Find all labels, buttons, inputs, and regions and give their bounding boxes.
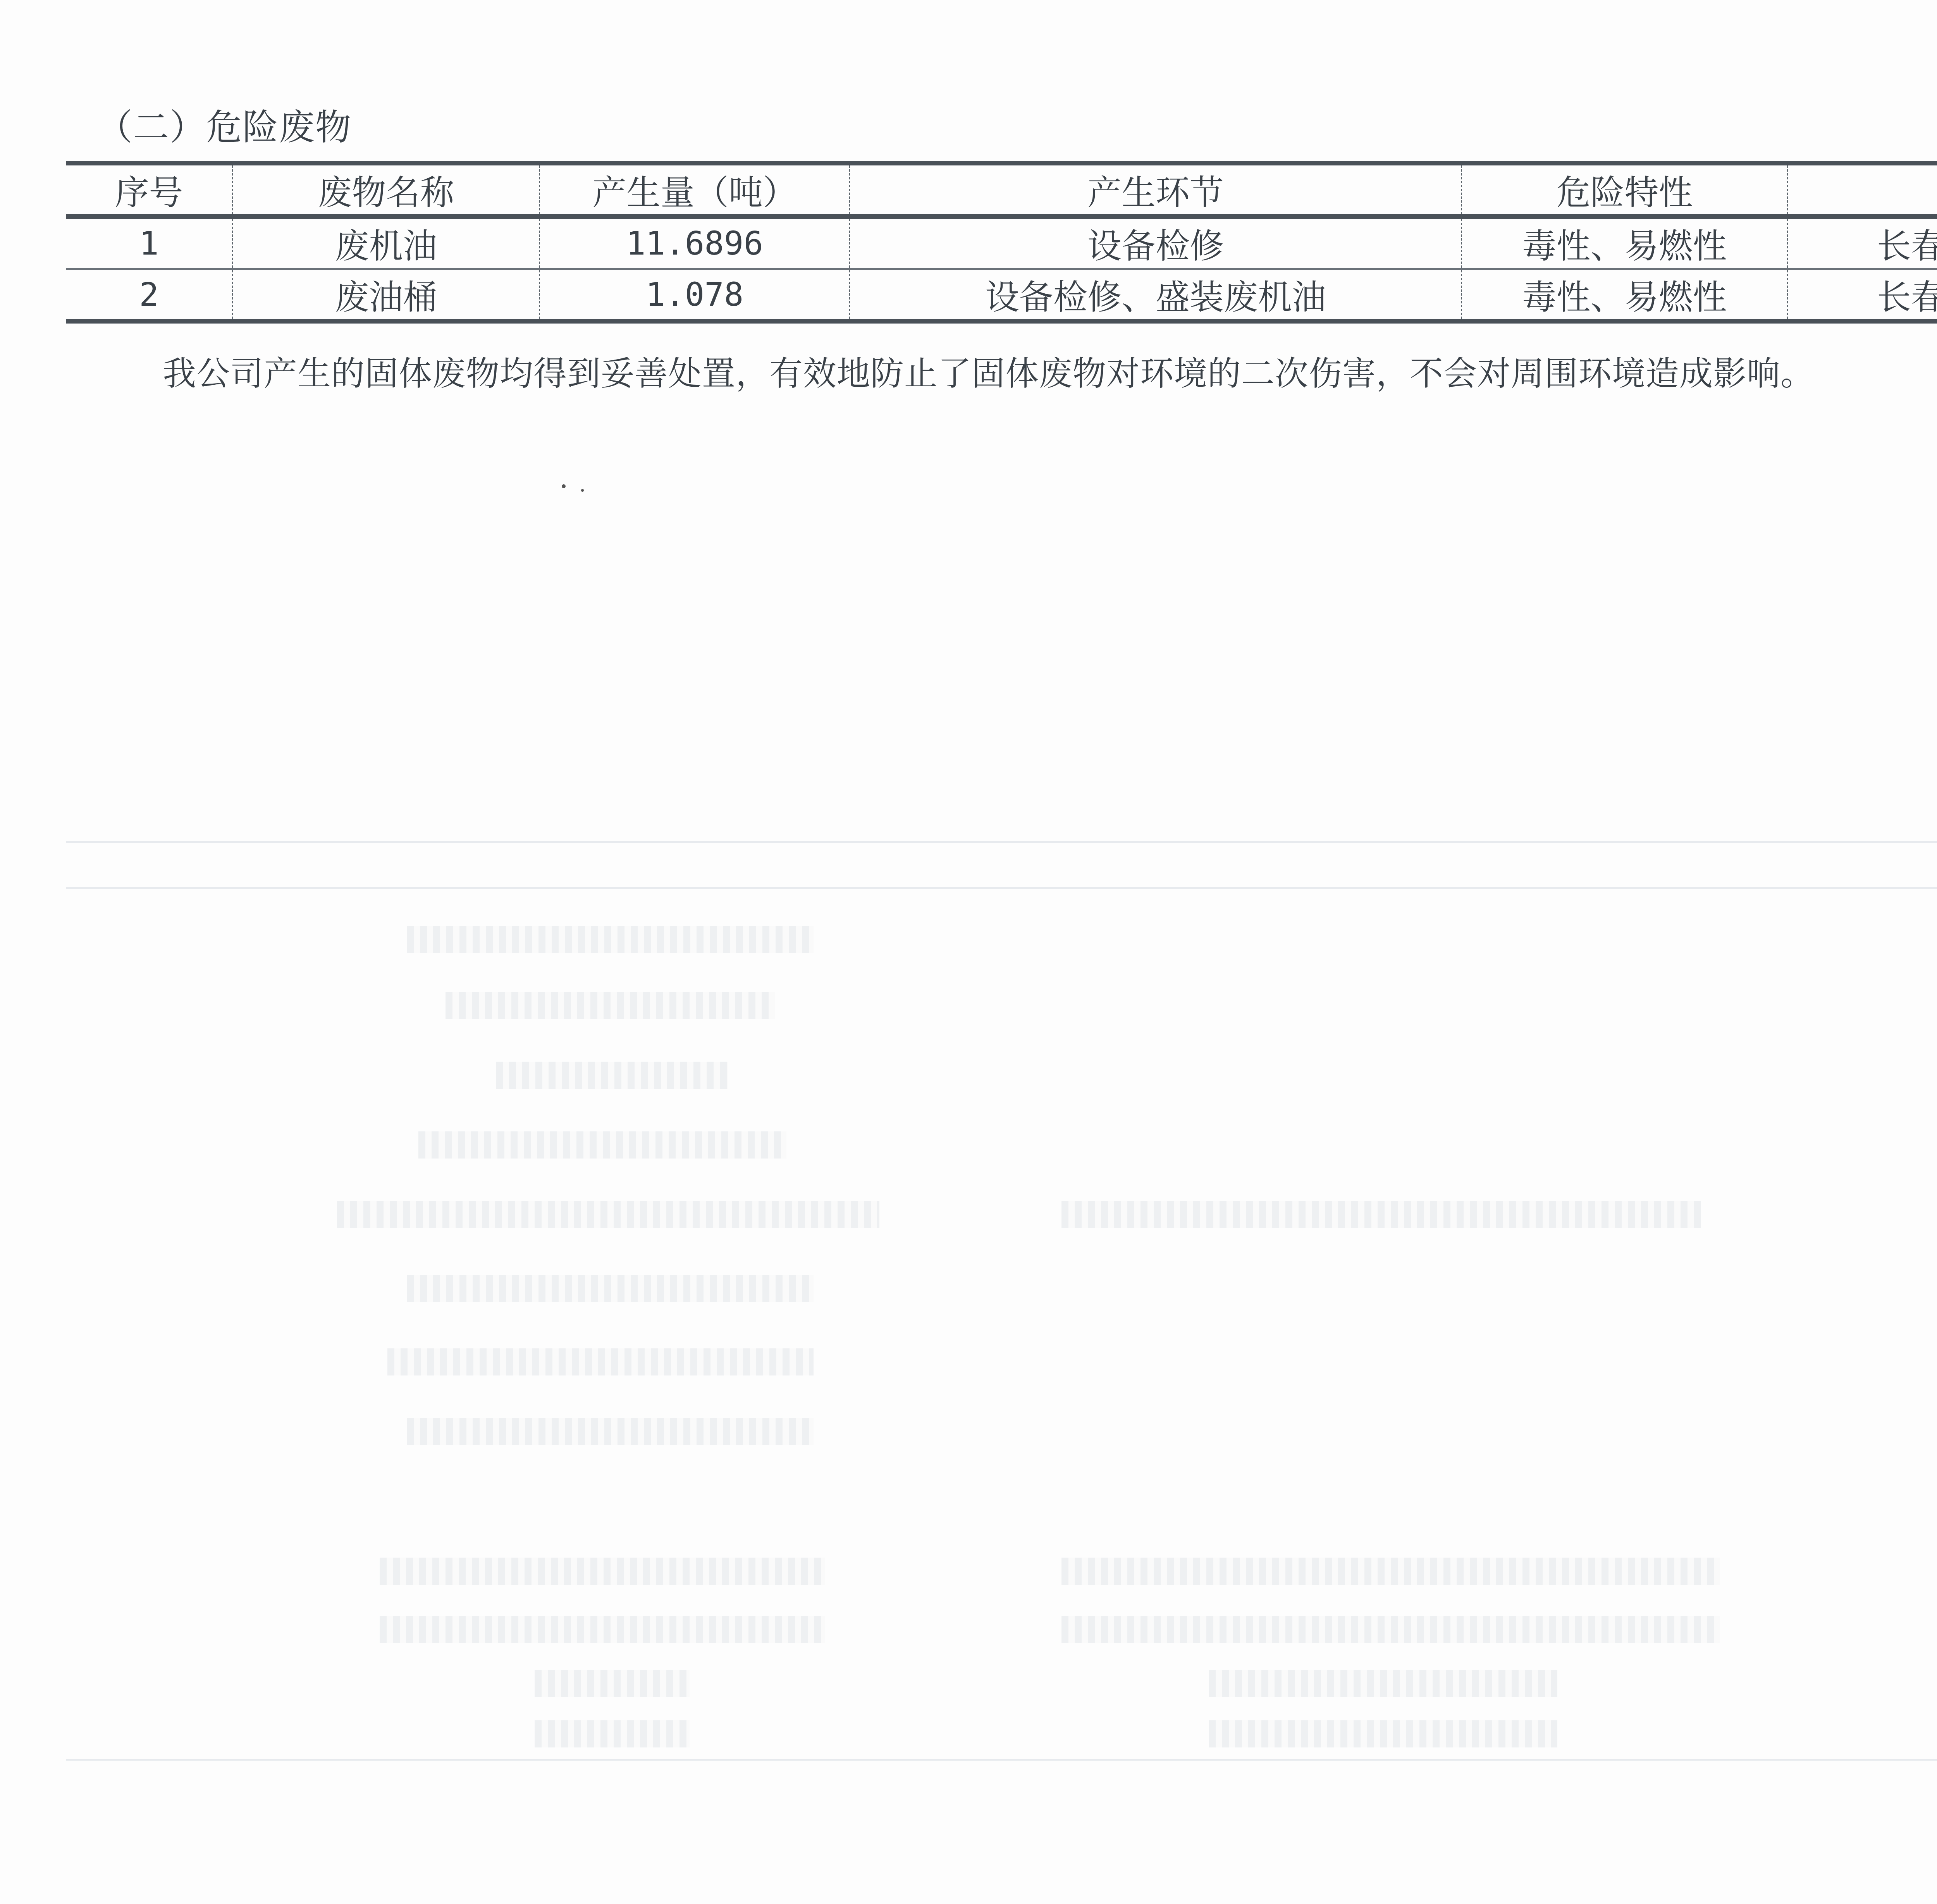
col-header-index: 序号: [66, 163, 232, 217]
cell-index: 1: [66, 217, 232, 269]
table-row: 1 废机油 11.6896 设备检修 毒性、易燃性 长春市金旺石油化工有限公司 …: [66, 217, 1937, 269]
col-header-quantity: 产生量（吨）: [540, 163, 850, 217]
cell-hazard: 毒性、易燃性: [1462, 217, 1787, 269]
cell-index: 2: [66, 269, 232, 321]
cell-source-process: 设备检修: [850, 217, 1462, 269]
cell-quantity: 1.078: [540, 269, 850, 321]
col-header-waste-name: 废物名称: [232, 163, 540, 217]
hazardous-waste-table: 序号 废物名称 产生量（吨） 产生环节 危险特性 去向 责任人 1 废机油 11…: [66, 161, 1937, 324]
cell-hazard: 毒性、易燃性: [1462, 269, 1787, 321]
cell-quantity: 11.6896: [540, 217, 850, 269]
table-header-row: 序号 废物名称 产生量（吨） 产生环节 危险特性 去向 责任人: [66, 163, 1937, 217]
col-header-hazard: 危险特性: [1462, 163, 1787, 217]
cell-destination: 长春市金旺石油化工有限公司: [1787, 269, 1937, 321]
cell-waste-name: 废机油: [232, 217, 540, 269]
col-header-source-process: 产生环节: [850, 163, 1462, 217]
scan-speck: [581, 489, 584, 492]
scan-speck: [562, 484, 566, 488]
section-title: （二）危险废物: [97, 99, 352, 150]
cell-destination: 长春市金旺石油化工有限公司: [1787, 217, 1937, 269]
cell-source-process: 设备检修、盛装废机油: [850, 269, 1462, 321]
disposal-statement: 我公司产生的固体废物均得到妥善处置，有效地防止了固体废物对环境的二次伤害，不会对…: [163, 347, 1814, 395]
col-header-destination: 去向: [1787, 163, 1937, 217]
table-row: 2 废油桶 1.078 设备检修、盛装废机油 毒性、易燃性 长春市金旺石油化工有…: [66, 269, 1937, 321]
cell-waste-name: 废油桶: [232, 269, 540, 321]
